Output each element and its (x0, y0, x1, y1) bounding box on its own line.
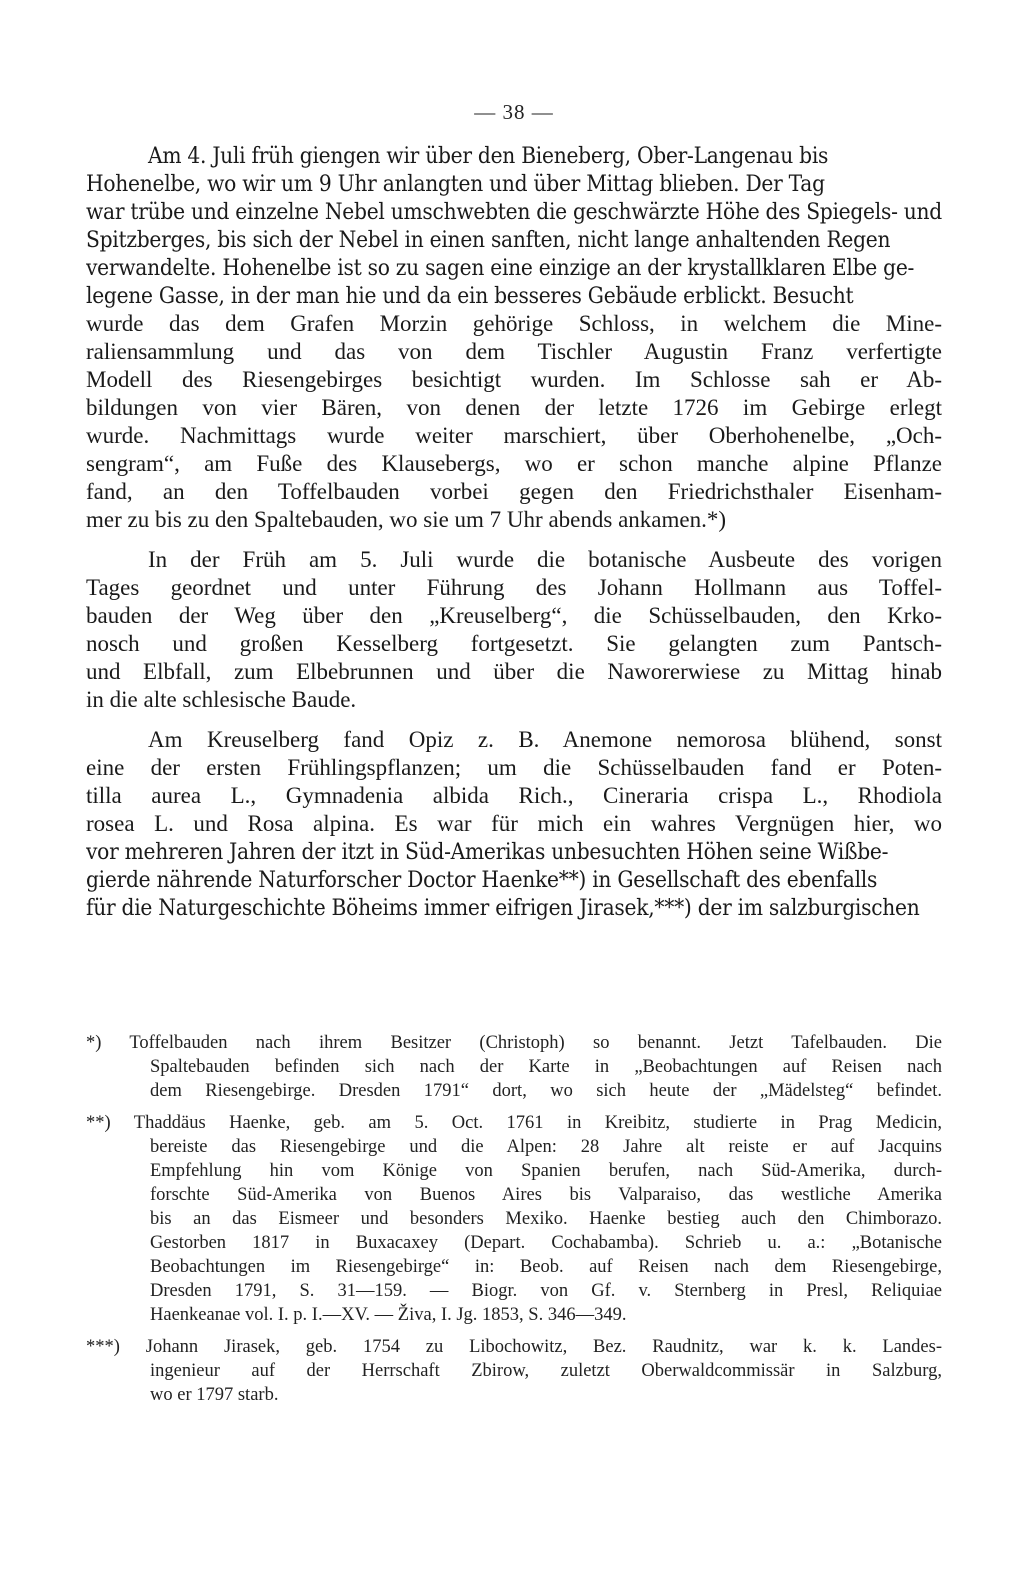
fraktur-text: war trübe und einzelne Nebel umschwebten… (86, 199, 942, 226)
footnote-line: wo er 1797 starb. (86, 1383, 942, 1407)
paragraph-gap (86, 714, 942, 726)
text-line: bauden der Weg über den „Kreuselberg“, d… (86, 602, 942, 630)
text-line: sengram“, am Fuße des Klausebergs, wo er… (86, 450, 942, 478)
text-line: mer zu bis zu den Spaltebauden, wo sie u… (86, 506, 942, 534)
fraktur-text: legene Gasse, in der man hie und da ein … (86, 283, 853, 310)
text-line: vor mehreren Jahren der itzt in Süd-Amer… (86, 838, 942, 866)
footnote-line: *) Toffelbauden nach ihrem Besitzer (Chr… (86, 1031, 942, 1055)
text-line: eine der ersten Frühlingspflanzen; um di… (86, 754, 942, 782)
text-line: Am Kreuselberg fand Opiz z. B. Anemone n… (86, 726, 942, 754)
text-line: verwandelte. Hohenelbe ist so zu sagen e… (86, 254, 942, 282)
text-line: bildungen von vier Bären, von denen der … (86, 394, 942, 422)
text-line: war trübe und einzelne Nebel umschwebten… (86, 198, 942, 226)
fraktur-text: verwandelte. Hohenelbe ist so zu sagen e… (86, 255, 914, 282)
footnote-1: *) Toffelbauden nach ihrem Besitzer (Chr… (86, 1031, 942, 1103)
footnote-text: Johann Jirasek, geb. 1754 zu Libochowitz… (146, 1337, 942, 1357)
body-text: Am 4. Juli früh giengen wir über den Bie… (86, 142, 942, 922)
footnotes: *) Toffelbauden nach ihrem Besitzer (Chr… (86, 1031, 942, 1415)
footnote-line: **) Thaddäus Haenke, geb. am 5. Oct. 176… (86, 1111, 942, 1135)
text-line: rosea L. und Rosa alpina. Es war für mic… (86, 810, 942, 838)
footnote-line: Beobachtungen im Riesengebirge“ in: Beob… (86, 1255, 942, 1279)
text-line: gierde nährende Naturforscher Doctor Hae… (86, 866, 942, 894)
fraktur-text: für die Naturgeschichte Böheims immer ei… (86, 895, 920, 922)
footnote-line: Dresden 1791, S. 31—159. — Biogr. von Gf… (86, 1279, 942, 1303)
text-line: und Elbfall, zum Elbebrunnen und über di… (86, 658, 942, 686)
footnote-line: Haenkeanae vol. I. p. I.—XV. — Živa, I. … (86, 1303, 942, 1327)
text-line: in die alte schlesische Baude. (86, 686, 942, 714)
footnote-line: bereiste das Riesengebirge und die Alpen… (86, 1135, 942, 1159)
footnote-line: bis an das Eismeer und besonders Mexiko.… (86, 1207, 942, 1231)
paragraph-2: In der Früh am 5. Juli wurde die botanis… (86, 546, 942, 714)
fraktur-text: vor mehreren Jahren der itzt in Süd-Amer… (86, 839, 888, 866)
paragraph-3: Am Kreuselberg fand Opiz z. B. Anemone n… (86, 726, 942, 922)
fraktur-text: Hohenelbe, wo wir um 9 Uhr anlangten und… (86, 171, 825, 198)
footnote-line: ingenieur auf der Herrschaft Zbirow, zul… (86, 1359, 942, 1383)
text-line: wurde das dem Grafen Morzin gehörige Sch… (86, 310, 942, 338)
text-line: raliensammlung und das von dem Tischler … (86, 338, 942, 366)
footnote-line: dem Riesengebirge. Dresden 1791“ dort, w… (86, 1079, 942, 1103)
text-line: fand, an den Toffelbauden vorbei gegen d… (86, 478, 942, 506)
footnote-line: forschte Süd-Amerika von Buenos Aires bi… (86, 1183, 942, 1207)
text-line: Spitzberges, bis sich der Nebel in einen… (86, 226, 942, 254)
paragraph-gap (86, 534, 942, 546)
text-line: wurde. Nachmittags wurde weiter marschie… (86, 422, 942, 450)
text-line: nosch und großen Kesselberg fortgesetzt.… (86, 630, 942, 658)
fraktur-text: gierde nährende Naturforscher Doctor Hae… (86, 867, 877, 894)
text-line: Am 4. Juli früh giengen wir über den Bie… (86, 142, 942, 170)
footnote-text: Toffelbauden nach ihrem Besitzer (Christ… (129, 1033, 942, 1053)
footnote-line: ***) Johann Jirasek, geb. 1754 zu Liboch… (86, 1335, 942, 1359)
text-line: Tages geordnet und unter Führung des Joh… (86, 574, 942, 602)
fraktur-text: Am 4. Juli früh giengen wir über den Bie… (148, 143, 828, 170)
text-line: Modell des Riesengebirges besichtigt wur… (86, 366, 942, 394)
footnote-2: **) Thaddäus Haenke, geb. am 5. Oct. 176… (86, 1111, 942, 1327)
fraktur-text: Spitzberges, bis sich der Nebel in einen… (86, 227, 890, 254)
footnote-marker: *) (86, 1031, 101, 1055)
paragraph-1: Am 4. Juli früh giengen wir über den Bie… (86, 142, 942, 534)
footnote-line: Gestorben 1817 in Buxacaxey (Depart. Coc… (86, 1231, 942, 1255)
text-line: legene Gasse, in der man hie und da ein … (86, 282, 942, 310)
footnote-marker: ***) (86, 1335, 120, 1359)
footnote-marker: **) (86, 1111, 111, 1135)
footnote-line: Spaltebauden befinden sich nach der Kart… (86, 1055, 942, 1079)
text-line: Hohenelbe, wo wir um 9 Uhr anlangten und… (86, 170, 942, 198)
footnote-3: ***) Johann Jirasek, geb. 1754 zu Liboch… (86, 1335, 942, 1407)
text-line: tilla aurea L., Gymnadenia albida Rich.,… (86, 782, 942, 810)
footnote-text: Thaddäus Haenke, geb. am 5. Oct. 1761 in… (134, 1113, 942, 1133)
text-line: für die Naturgeschichte Böheims immer ei… (86, 894, 942, 922)
page-number: — 38 — (86, 100, 942, 125)
footnote-line: Empfehlung hin vom Könige von Spanien be… (86, 1159, 942, 1183)
text-line: In der Früh am 5. Juli wurde die botanis… (86, 546, 942, 574)
